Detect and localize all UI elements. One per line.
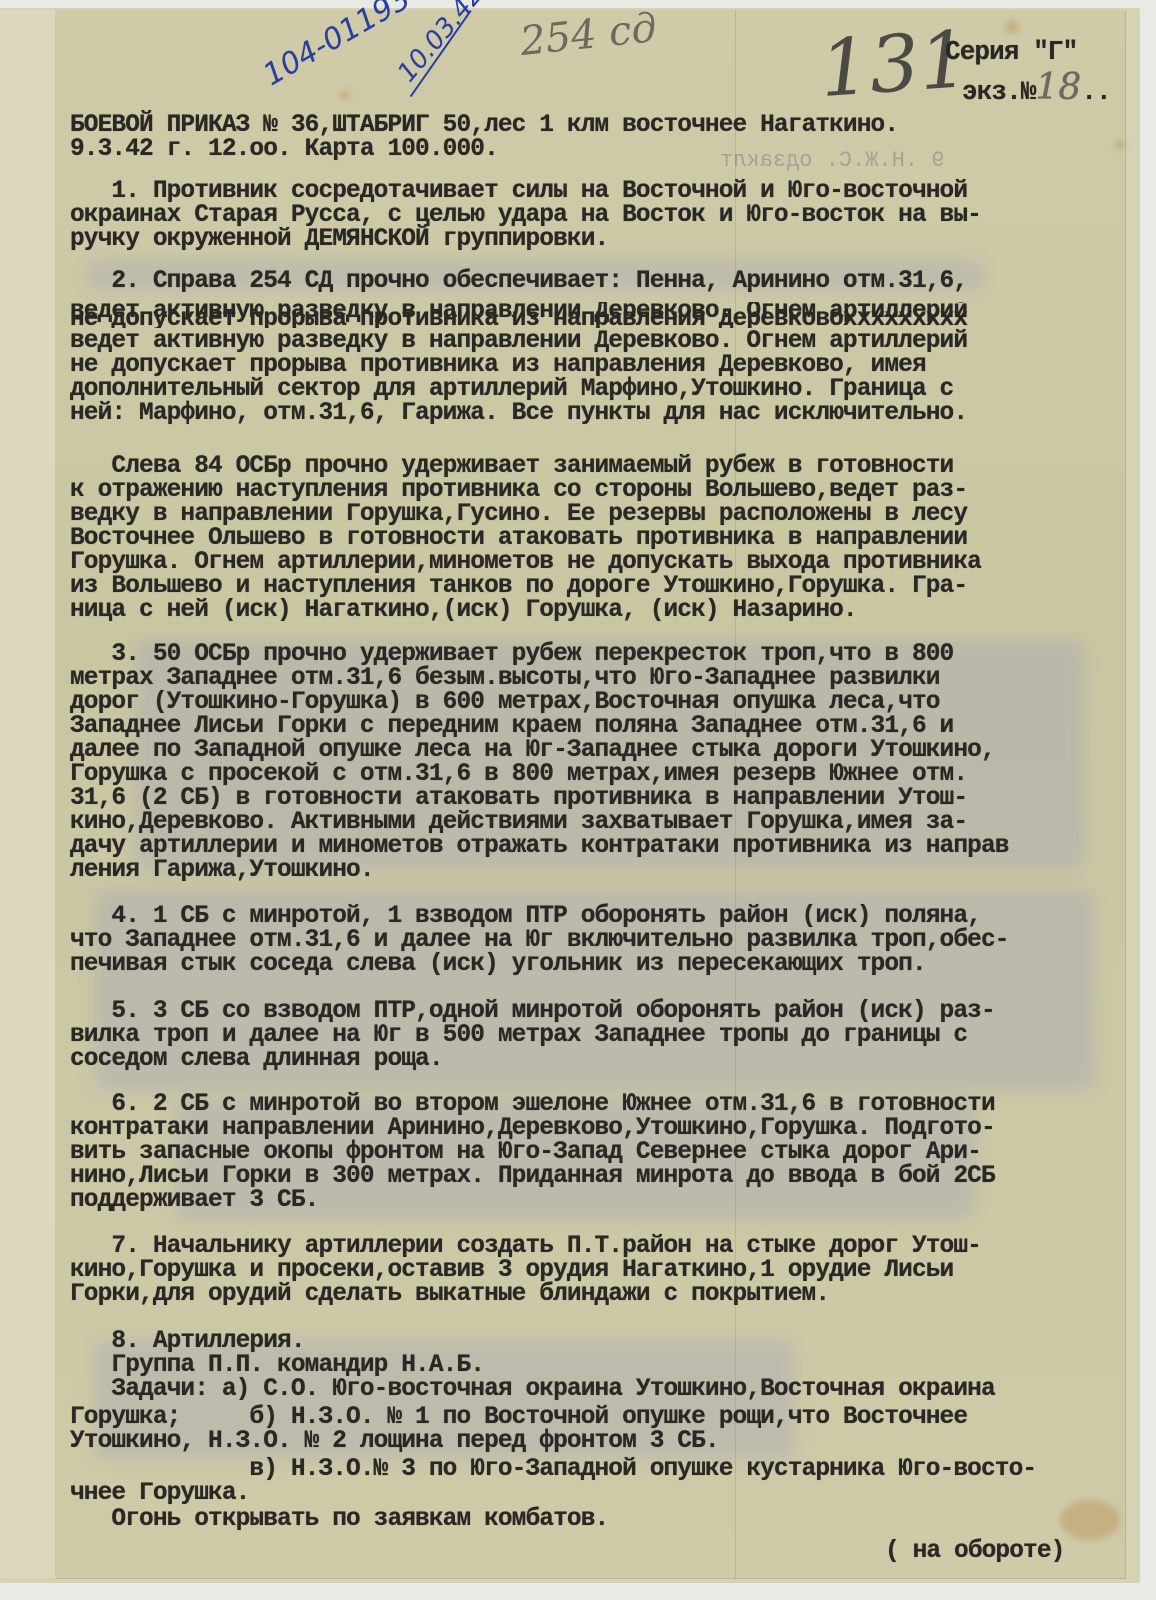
text-line: Утошкино, Н.З.О. № 2 лощина перед фронто…: [70, 1430, 719, 1454]
text-line: 4. 1 СБ с минротой, 1 взводом ПТР оборон…: [70, 905, 981, 929]
stain: [340, 90, 350, 100]
text-line: Группа П.П. командир Н.А.Б.: [70, 1354, 484, 1378]
text-line: соседом слева длинная роща.: [70, 1048, 443, 1072]
text-line: дорог (Утошкино-Горушка) в 600 метрах,Во…: [70, 691, 940, 715]
text-line: Задачи: а) С.О. Юго-восточная окраина Ут…: [70, 1378, 995, 1402]
text-line: к отражению наступления противника со ст…: [70, 479, 967, 503]
text-line: ница с ней (иск) Нагаткино,(иск) Горушка…: [70, 599, 857, 623]
text-line: ведку в направлении Горушка,Гусино. Ее р…: [70, 503, 967, 527]
text-line: Горушка; б) Н.З.О. № 1 по Восточной опуш…: [70, 1406, 967, 1430]
stain: [1060, 1500, 1120, 1540]
text-line: 2. Справа 254 СД прочно обеспечивает: Пе…: [70, 270, 967, 294]
text-line: дачу артиллерии и минометов отражать кон…: [70, 835, 1009, 859]
binding-strip: [0, 10, 56, 1578]
text-line: что Западнее отм.31,6 и далее на Юг вклю…: [70, 929, 1009, 953]
text-line: 7. Начальнику артиллерии создать П.Т.рай…: [70, 1235, 981, 1259]
text-line: Горки,для орудий сделать выкатные блинда…: [70, 1283, 829, 1307]
text-line: кино,Горушка и просеки,оставив 3 орудия …: [70, 1259, 953, 1283]
text-line: окраинах Старая Русса, с целью удара на …: [70, 204, 981, 228]
text-line: поддерживает 3 СБ.: [70, 1189, 318, 1213]
text-line: 1. Противник сосредотачивает силы на Вос…: [70, 180, 967, 204]
text-line: в) Н.З.О.№ 3 по Юго-Западной опушке куст…: [70, 1458, 1036, 1482]
text-line: 31,6 (2 СБ) в готовности атаковать проти…: [70, 787, 967, 811]
text-line: Огонь открывать по заявкам комбатов.: [70, 1508, 608, 1532]
text-line: кино,Деревково. Активными действиями зах…: [70, 811, 967, 835]
text-line: 3. 50 ОСБр прочно удерживает рубеж перек…: [70, 643, 953, 667]
text-line: Горушка. Огнем артиллерии,минометов не д…: [70, 551, 981, 575]
text-line: вить запасные окопы фронтом на Юго-Запад…: [70, 1141, 981, 1165]
text-line: печивая стык соседа слева (иск) угольник…: [70, 953, 926, 977]
mirror-bleed-text: 9 .Н.Ж.С. одзаклт: [720, 148, 944, 173]
text-line: 8. Артиллерия.: [70, 1330, 305, 1354]
stain: [1005, 20, 1019, 34]
text-line: Слева 84 ОСБр прочно удерживает занимаем…: [70, 455, 953, 479]
text-line: Восточнее Ольшево в готовности атаковать…: [70, 527, 967, 551]
text-line: метрах Западнее отм.31,6 безым.высоты,чт…: [70, 667, 940, 691]
overstruck-typing: ведет активную разведку в направлении Де…: [70, 302, 1090, 328]
copy-trailing-dots: ..: [1081, 77, 1110, 108]
text-line: нино,Лисьи Горки в 300 метрах. Приданная…: [70, 1165, 995, 1189]
overstruck-line-2: не допускает прорыва противника из напра…: [70, 308, 967, 328]
text-line: не допускает прорыва противника из напра…: [70, 354, 926, 378]
series-label: Серия "Г": [945, 40, 1077, 64]
copy-label: экз.№: [962, 77, 1036, 108]
text-line: контратаки направлении Аринино,Деревково…: [70, 1117, 995, 1141]
text-line: 5. 3 СБ со взводом ПТР,одной минротой об…: [70, 1000, 995, 1024]
copy-number-handwritten: 18: [1036, 67, 1082, 109]
text-line: ления Гарижа,Утошкино.: [70, 859, 374, 883]
text-line: 6. 2 СБ с минротой во втором эшелоне Южн…: [70, 1093, 995, 1117]
text-line: ней: Марфино, отм.31,6, Гарижа. Все пунк…: [70, 402, 967, 426]
document-date-map: 9.3.42 г. 12.оо. Карта 100.000.: [70, 138, 498, 162]
document-title: БОЕВОЙ ПРИКАЗ № 36,ШТАБРИГ 50,лес 1 клм …: [70, 114, 898, 138]
text-line: чнее Горушка.: [70, 1482, 249, 1506]
text-line: вилка троп и далее на Юг в 500 метрах За…: [70, 1024, 967, 1048]
text-line: дополнительный сектор для артиллерий Мар…: [70, 378, 953, 402]
text-line: Горушка с просекой с отм.31,6 в 800 метр…: [70, 763, 967, 787]
text-line: ведет активную разведку в направлении Де…: [70, 330, 967, 354]
continued-overleaf-note: ( на обороте): [885, 1540, 1064, 1564]
text-line: Западнее Лисьи Горки с передним краем по…: [70, 715, 953, 739]
text-line: из Вольшево и наступления танков по доро…: [70, 575, 967, 599]
text-line: далее по Западной опушке леса на Юг-Запа…: [70, 739, 995, 763]
copy-number-label: экз.№18..: [962, 76, 1111, 105]
text-line: ручку окруженной ДЕМЯНСКОЙ группировки.: [70, 228, 608, 252]
stain: [1115, 140, 1125, 150]
